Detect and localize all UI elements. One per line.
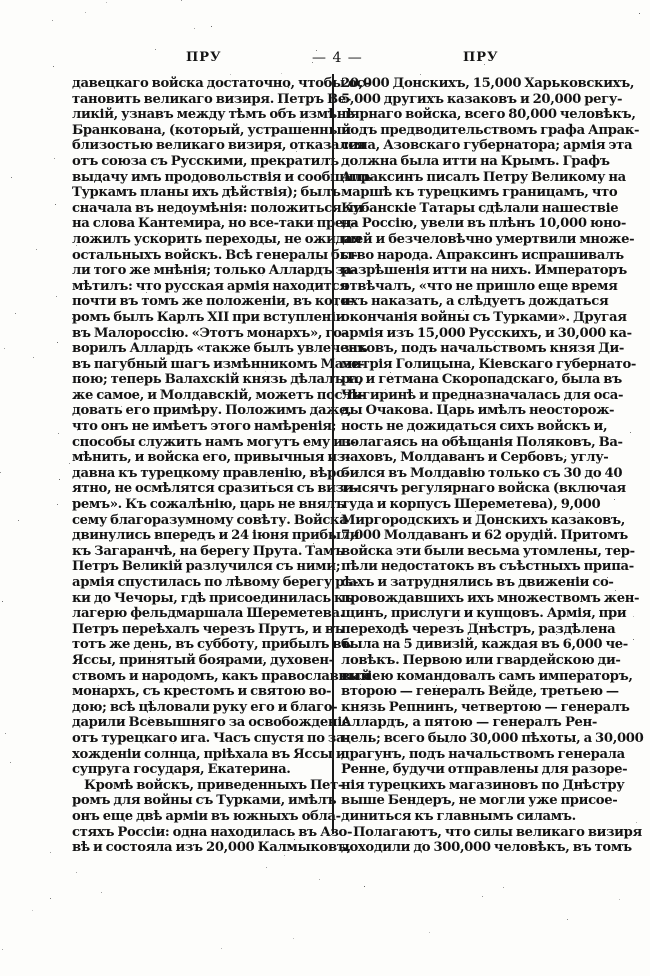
scan-speck [639, 13, 640, 14]
scan-speck [615, 590, 616, 591]
scan-speck [163, 596, 164, 597]
text-line: ихъ наказать, а слѣдуетъ дождаться [341, 294, 597, 310]
scan-speck [422, 476, 423, 477]
scan-speck [360, 684, 361, 685]
text-line: войска эти были весьма утомлены, тер- [341, 544, 597, 560]
text-line: монархъ, съ крестомъ и святою во- [72, 684, 328, 700]
text-line: 7,000 Молдаванъ и 62 орудій. Притомъ [341, 528, 597, 544]
scan-speck [430, 346, 431, 347]
text-line: нія турецкихъ магазиновъ по Днѣстру [341, 778, 597, 794]
scan-speck [220, 224, 221, 225]
scan-speck [297, 243, 298, 244]
text-line: Петръ переѣхалъ черезъ Прутъ, и въ [72, 622, 328, 638]
scan-speck [393, 524, 394, 525]
text-line: пою; теперь Валахскій князь дѣлалъ то [72, 372, 328, 388]
text-line: драгунъ, подъ начальствомъ генерала [341, 747, 597, 763]
text-line: заковъ, подъ начальствомъ князя Ди- [341, 341, 597, 357]
scan-speck [312, 62, 313, 63]
scan-speck [151, 720, 152, 721]
scan-speck [5, 733, 6, 734]
text-line: выше Бендеръ, не могли уже присое- [341, 793, 597, 809]
scan-speck [266, 482, 267, 483]
scan-speck [475, 511, 476, 512]
scanned-page: ПРУ — 4 — ПРУ давецкаго войска достаточн… [0, 0, 650, 976]
scan-speck [422, 843, 423, 844]
scan-speck [55, 204, 56, 205]
scan-speck [158, 233, 159, 234]
scan-speck [155, 49, 156, 50]
text-line: Апраксинъ писалъ Петру Великому на [341, 170, 597, 186]
scan-speck [319, 879, 320, 880]
scan-speck [36, 249, 37, 250]
text-line: князь Репнинъ, четвертою — генералъ [341, 700, 597, 716]
scan-speck [265, 371, 266, 372]
scan-speck [76, 245, 77, 246]
text-line: ды Очакова. Царь имѣлъ неосторож- [341, 403, 597, 419]
scan-speck [281, 365, 282, 366]
text-line: тановить великаго визиря. Петръ Ве- [72, 92, 328, 108]
scan-speck [197, 235, 198, 236]
scan-speck [176, 342, 177, 343]
scan-speck [633, 639, 634, 640]
scan-speck [0, 472, 1, 473]
text-line: ремъ». Къ сожалѣнію, царь не внялъ [72, 497, 328, 513]
text-line: ловѣкъ. Первою или гвардейскою ди- [341, 653, 597, 669]
scan-speck [567, 919, 568, 920]
scan-speck [150, 651, 151, 652]
right-text-column: 20,000 Донскихъ, 15,000 Харьковскихъ,5,0… [341, 76, 597, 856]
scan-speck [98, 685, 99, 686]
text-line: шей и безчеловѣчно умертвили множе- [341, 232, 597, 248]
scan-speck [11, 177, 12, 178]
scan-speck [579, 512, 580, 513]
scan-speck [474, 442, 475, 443]
text-line: лярнаго войска, всего 80,000 человѣкъ, [341, 107, 597, 123]
scan-speck [503, 887, 504, 888]
scan-speck [142, 378, 143, 379]
scan-speck [160, 389, 161, 390]
scan-speck [211, 26, 212, 27]
text-line: въ пагубный шагъ измѣнникомъ Мазе- [72, 357, 328, 373]
scan-speck [248, 178, 249, 179]
text-line: Туркамъ планы ихъ дѣйствія); былъ [72, 185, 328, 201]
text-line: туда и корпусъ Шереметева), 9,000 [341, 497, 597, 513]
scan-speck [54, 158, 55, 159]
text-line: ство народа. Апраксинъ испрашивалъ [341, 248, 597, 264]
scan-speck [108, 772, 109, 773]
text-line: диниться къ главнымъ силамъ. [341, 809, 597, 825]
text-line: отъ турецкаго ига. Часъ спустя по за- [72, 731, 328, 747]
left-text-column: давецкаго войска достаточно, чтобы ос-та… [72, 76, 328, 856]
scan-speck [157, 118, 158, 119]
text-line: ствомъ и народомъ, какъ православный [72, 669, 328, 685]
left-running-head: ПРУ [186, 50, 222, 65]
text-line: же самое, и Молдавскій, можетъ послѣ- [72, 388, 328, 404]
text-line: Миргородскихъ и Донскихъ казаковъ, [341, 513, 597, 529]
scan-speck [2, 601, 3, 602]
scan-speck [52, 20, 53, 21]
scan-speck [57, 504, 58, 505]
text-line: мѣтилъ: что русская армія находится [72, 279, 328, 295]
text-line: пѣли недостатокъ въ съѣстныхъ припа- [341, 559, 597, 575]
scan-speck [630, 432, 631, 433]
scan-speck [463, 310, 464, 311]
text-line: супруга государя, Екатерина. [72, 762, 328, 778]
text-line: хожденіи солнца, пріѣхала въ Яссы и [72, 747, 328, 763]
text-line: визіею командовалъ самъ императоръ, [341, 669, 597, 685]
scan-speck [448, 742, 449, 743]
scan-speck [340, 512, 341, 513]
scan-speck [403, 359, 404, 360]
text-line: ра, и гетмана Скоропадскаго, была въ [341, 372, 597, 388]
scan-speck [374, 127, 375, 128]
text-line: къ Загаранчѣ, на берегу Прута. Тамъ [72, 544, 328, 560]
scan-speck [531, 817, 532, 818]
scan-speck [484, 64, 485, 65]
text-line: ворилъ Аллардъ «также былъ увлеченъ [72, 341, 328, 357]
text-line: подъ предводительствомъ графа Апрак- [341, 123, 597, 139]
scan-speck [266, 867, 267, 868]
scan-speck [90, 366, 91, 367]
text-line: стяхъ Россіи: одна находилась въ Азо- [72, 825, 328, 841]
text-line: разрѣшенія итти на нихъ. Императоръ [341, 263, 597, 279]
text-line: ятно, не осмѣлятся сразиться съ визи- [72, 481, 328, 497]
scan-speck [58, 433, 59, 434]
scan-speck [145, 548, 146, 549]
text-line: дарили Всевышняго за освобожденіе [72, 715, 328, 731]
text-line: полагаясь на обѣщанія Поляковъ, Ва- [341, 435, 597, 451]
text-line: давецкаго войска достаточно, чтобы ос- [72, 76, 328, 92]
text-line: въ Малороссію. «Этотъ монархъ», го- [72, 326, 328, 342]
text-line: остальныхъ войскъ. Всѣ генералы бы- [72, 248, 328, 264]
text-line: вѣ и состояла изъ 20,000 Калмыковъ, [72, 840, 328, 856]
scan-speck [149, 717, 150, 718]
text-line: Ренне, будучи отправлены для разоре- [341, 762, 597, 778]
scan-speck [294, 501, 295, 502]
text-line: должна была итти на Крымъ. Графъ [341, 154, 597, 170]
text-line: на слова Кантемира, но все-таки пред- [72, 216, 328, 232]
scan-speck [121, 406, 122, 407]
scan-speck [478, 621, 479, 622]
scan-speck [436, 685, 437, 686]
text-line: армія спустилась по лѣвому берегу рѣ- [72, 575, 328, 591]
scan-speck [618, 774, 619, 775]
scan-speck [313, 543, 314, 544]
scan-speck [263, 660, 264, 661]
scan-speck [605, 778, 606, 779]
scan-speck [296, 151, 297, 152]
text-line: ли того же мнѣнія; только Аллардъ за- [72, 263, 328, 279]
text-line: тотъ же день, въ субботу, прибылъ въ [72, 637, 328, 653]
scan-speck [317, 406, 318, 407]
text-line: сначала въ недоумѣнія: положиться ли [72, 201, 328, 217]
scan-speck [417, 131, 418, 132]
scan-speck [317, 425, 318, 426]
scan-speck [262, 275, 263, 276]
scan-speck [288, 426, 289, 427]
scan-speck [147, 287, 148, 288]
text-line: довать его примѣру. Положимъ даже, [72, 403, 328, 419]
text-line: армія изъ 15,000 Русскихъ, и 30,000 ка- [341, 326, 597, 342]
text-line: ность не дожидаться сихъ войскъ и, [341, 419, 597, 435]
scan-speck [293, 938, 294, 939]
text-line: лагерю фельдмаршала Шереметева. [72, 606, 328, 622]
scan-speck [463, 570, 464, 571]
text-line: лаховъ, Молдаванъ и Сербовъ, углу- [341, 450, 597, 466]
text-line: цель; всего было 30,000 пѣхоты, а 30,000 [341, 731, 597, 747]
text-line: Бранкована, (который, устрашенный [72, 123, 328, 139]
scan-speck [137, 381, 138, 382]
scan-speck [18, 520, 19, 521]
scan-speck [79, 378, 80, 379]
text-line: Петръ Великій разлучился съ ними; [72, 559, 328, 575]
scan-speck [429, 932, 430, 933]
text-line: доходили до 300,000 человѣкъ, въ томъ [341, 840, 597, 856]
scan-speck [576, 101, 577, 102]
scan-speck [350, 320, 351, 321]
scan-speck [87, 159, 88, 160]
scan-speck [53, 66, 54, 67]
scan-speck [579, 670, 580, 671]
scan-speck [85, 12, 86, 13]
scan-speck [181, 0, 182, 1]
scan-speck [385, 389, 386, 390]
scan-speck [390, 372, 391, 373]
text-line: Кубанскіе Татары сдѣлали нашествіе [341, 201, 597, 217]
scan-speck [568, 334, 569, 335]
text-line: отъ союза съ Русскими, прекратилъ [72, 154, 328, 170]
scan-speck [57, 342, 58, 343]
scan-speck [76, 872, 77, 873]
scan-speck [552, 427, 553, 428]
text-line: что онъ не имѣетъ этого намѣренія; [72, 419, 328, 435]
text-line: ликій, узнавъ между тѣмъ объ измѣнѣ [72, 107, 328, 123]
scan-speck [318, 429, 319, 430]
scan-speck [173, 743, 174, 744]
text-line: на Россію, увели въ плѣнъ 10,000 юно- [341, 216, 597, 232]
scan-speck [294, 839, 295, 840]
scan-speck [355, 632, 356, 633]
text-line: давна къ турецкому правленію, вѣро- [72, 466, 328, 482]
scan-speck [214, 539, 215, 540]
scan-speck [288, 87, 289, 88]
scan-speck [429, 272, 430, 273]
scan-speck [253, 815, 254, 816]
scan-speck [194, 28, 195, 29]
scan-speck [364, 886, 365, 887]
text-line: окончанія войны съ Турками». Другая [341, 310, 597, 326]
scan-speck [619, 899, 620, 900]
text-line: Кромѣ войскъ, приведенныхъ Пет- [72, 778, 328, 794]
scan-speck [480, 758, 481, 759]
text-line: ки до Чечоры, гдѣ присоединилась къ [72, 591, 328, 607]
scan-speck [499, 672, 500, 673]
scan-speck [198, 597, 199, 598]
text-line: онъ еще двѣ арміи въ южныхъ обла- [72, 809, 328, 825]
scan-speck [358, 472, 359, 473]
scan-speck [471, 258, 472, 259]
running-header: ПРУ — 4 — ПРУ [0, 50, 650, 70]
text-line: способы служить намъ могутъ ему из- [72, 435, 328, 451]
scan-speck [607, 577, 608, 578]
text-line: провождавшихъ ихъ множествомъ жен- [341, 591, 597, 607]
scan-speck [69, 463, 70, 464]
scan-speck [230, 74, 231, 75]
text-line: отвѣчалъ, «что не пришло еще время [341, 279, 597, 295]
text-line: Полагаютъ, что силы великаго визиря [341, 825, 597, 841]
scan-speck [420, 74, 421, 75]
scan-speck [614, 499, 615, 500]
scan-speck [531, 163, 532, 164]
scan-speck [221, 948, 222, 949]
text-line: выдачу имъ продовольствія и сообщилъ [72, 170, 328, 186]
scan-speck [15, 313, 16, 314]
text-line: ромъ былъ Карлъ XII при вступленіи [72, 310, 328, 326]
scan-speck [92, 142, 93, 143]
scan-speck [565, 456, 566, 457]
text-line: переходѣ черезъ Днѣстръ, раздѣлена [341, 622, 597, 638]
scan-speck [472, 327, 473, 328]
scan-speck [300, 121, 301, 122]
text-line: Аллардъ, а пятою — генералъ Рен- [341, 715, 597, 731]
text-line: близостью великаго визиря, отказался [72, 138, 328, 154]
column-divider-rule [332, 74, 334, 834]
text-line: бился въ Молдавію только съ 30 до 40 [341, 466, 597, 482]
text-line: щинъ, прислуги и купцовъ. Армія, при [341, 606, 597, 622]
scan-speck [10, 762, 11, 763]
scan-speck [56, 296, 57, 297]
scan-speck [458, 620, 459, 621]
scan-speck [314, 223, 315, 224]
text-line: сахъ и затруднялись въ движеніи со- [341, 575, 597, 591]
text-line: была на 5 дивизій, каждая въ 6,000 че- [341, 637, 597, 653]
scan-speck [482, 896, 483, 897]
scan-speck [72, 318, 73, 319]
scan-speck [494, 341, 495, 342]
scan-speck [156, 429, 157, 430]
scan-speck [399, 83, 400, 84]
scan-speck [101, 892, 102, 893]
scan-speck [106, 2, 107, 3]
scan-speck [364, 208, 365, 209]
scan-speck [33, 357, 34, 358]
text-line: второю — генералъ Вейде, третьею — [341, 684, 597, 700]
scan-speck [2, 949, 3, 950]
scan-speck [292, 846, 293, 847]
scan-speck [316, 50, 317, 51]
scan-speck [337, 305, 338, 306]
text-line: 20,000 Донскихъ, 15,000 Харьковскихъ, [341, 76, 597, 92]
text-line: сему благоразумному совѣту. Войска [72, 513, 328, 529]
scan-speck [4, 348, 5, 349]
scan-speck [633, 616, 634, 617]
scan-speck [50, 898, 51, 899]
text-line: 5,000 другихъ казаковъ и 20,000 регу- [341, 92, 597, 108]
text-line: мѣнить, и войска его, привычныя из- [72, 450, 328, 466]
scan-speck [282, 86, 283, 87]
scan-speck [264, 303, 265, 304]
scan-speck [433, 163, 434, 164]
text-line: почти въ томъ же положеніи, въ кото- [72, 294, 328, 310]
scan-speck [153, 700, 154, 701]
scan-speck [146, 292, 147, 293]
text-line: ложилъ ускорить переходы, не ожидая [72, 232, 328, 248]
text-line: дою; всѣ цѣловали руку его и благо- [72, 700, 328, 716]
scan-speck [377, 334, 378, 335]
text-line: Чигиринѣ и предназначалась для оса- [341, 388, 597, 404]
scan-speck [531, 173, 532, 174]
scan-speck [580, 581, 581, 582]
scan-speck [32, 910, 33, 911]
text-line: сина, Азовскаго губернатора; армія эта [341, 138, 597, 154]
scan-speck [284, 855, 285, 856]
right-running-head: ПРУ [463, 50, 499, 65]
scan-speck [611, 315, 612, 316]
scan-speck [59, 479, 60, 480]
text-line: тысячъ регулярнаго войска (включая [341, 481, 597, 497]
scan-speck [81, 706, 82, 707]
text-line: маршѣ къ турецкимъ границамъ, что [341, 185, 597, 201]
page-number: — 4 — [312, 50, 363, 66]
text-line: двинулись впередъ и 24 іюня прибыли [72, 528, 328, 544]
text-line: Яссы, принятый боярами, духовен- [72, 653, 328, 669]
text-line: митрія Голицына, Кіевскаго губернато- [341, 357, 597, 373]
scan-speck [505, 686, 506, 687]
scan-speck [636, 822, 637, 823]
scan-speck [465, 100, 466, 101]
scan-speck [281, 73, 282, 74]
text-line: ромъ для войны съ Турками, имѣлъ [72, 793, 328, 809]
scan-speck [50, 852, 51, 853]
scan-speck [77, 430, 78, 431]
scan-speck [556, 634, 557, 635]
scan-speck [573, 256, 574, 257]
